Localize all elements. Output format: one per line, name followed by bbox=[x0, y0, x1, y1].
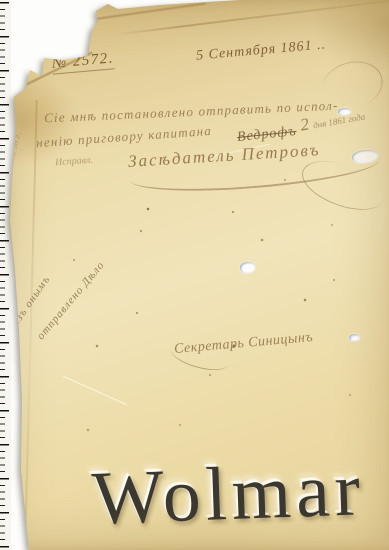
paper-vignette bbox=[0, 0, 389, 550]
photo-stage: № 2572. 5 Сентября 1861 .. Сіе мнѣ поста… bbox=[0, 0, 389, 550]
paper-wrapper: № 2572. 5 Сентября 1861 .. Сіе мнѣ поста… bbox=[0, 0, 389, 550]
document-paper: № 2572. 5 Сентября 1861 .. Сіе мнѣ поста… bbox=[0, 0, 389, 550]
